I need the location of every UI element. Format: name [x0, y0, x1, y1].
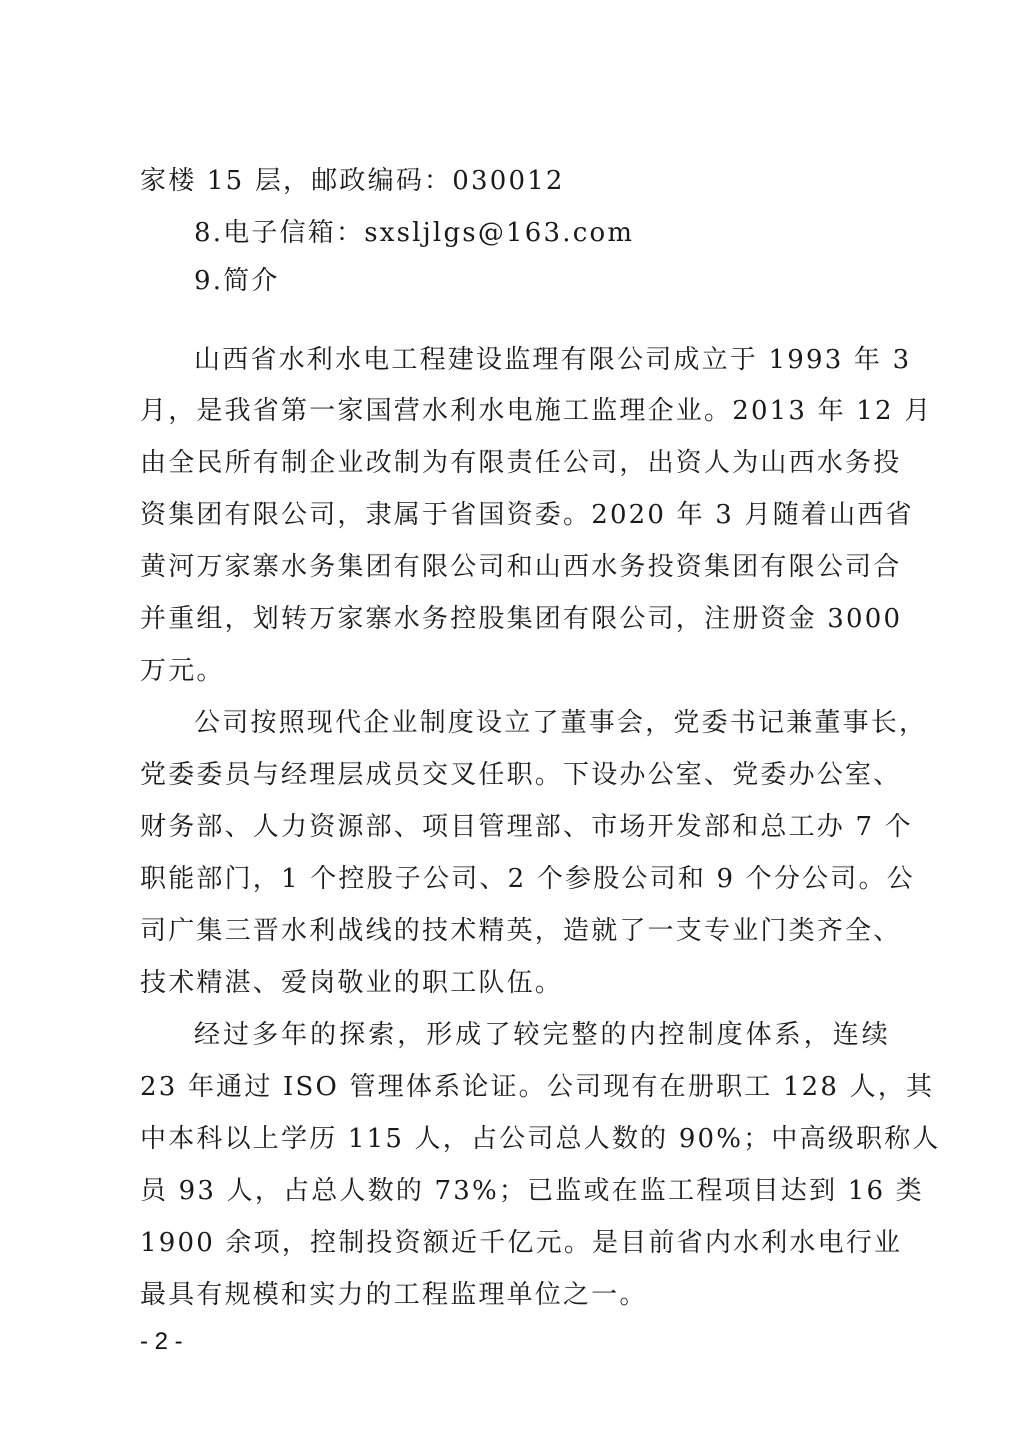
- paragraph-3-line: 23 年通过 ISO 管理体系论证。公司现有在册职工 128 人，其: [140, 1072, 890, 1102]
- paragraph-3-line: 中本科以上学历 115 人，占公司总人数的 90%；中高级职称人: [140, 1124, 890, 1154]
- paragraph-3-line: 员 93 人，占总人数的 73%；已监或在监工程项目达到 16 类: [140, 1176, 890, 1206]
- paragraph-1-line: 月，是我省第一家国营水利水电施工监理企业。2013 年 12 月: [140, 396, 890, 426]
- paragraph-3-line: 经过多年的探索，形成了较完整的内控制度体系，连续: [194, 1020, 890, 1050]
- paragraph-2-line: 职能部门，1 个控股子公司、2 个参股公司和 9 个分公司。公: [140, 864, 890, 894]
- paragraph-3-line: 1900 余项，控制投资额近千亿元。是目前省内水利水电行业: [140, 1228, 890, 1258]
- paragraph-2-line: 财务部、人力资源部、项目管理部、市场开发部和总工办 7 个: [140, 812, 890, 842]
- email-line: 8.电子信箱：sxsljlgs@163.com: [194, 218, 890, 248]
- paragraph-1-line: 万元。: [140, 656, 890, 686]
- address-continuation-line: 家楼 15 层，邮政编码：030012: [140, 166, 890, 196]
- paragraph-2-line: 技术精湛、爱岗敬业的职工队伍。: [140, 968, 890, 998]
- paragraph-1-line: 黄河万家寨水务集团有限公司和山西水务投资集团有限公司合: [140, 552, 890, 582]
- paragraph-3-line: 最具有规模和实力的工程监理单位之一。: [140, 1280, 890, 1310]
- paragraph-1-line: 并重组，划转万家寨水务控股集团有限公司，注册资金 3000: [140, 604, 890, 634]
- section-heading-intro: 9.简介: [194, 266, 890, 296]
- document-page: 家楼 15 层，邮政编码：030012 8.电子信箱：sxsljlgs@163.…: [0, 0, 1024, 1448]
- paragraph-2-line: 公司按照现代企业制度设立了董事会，党委书记兼董事长，: [194, 708, 890, 738]
- paragraph-2-line: 司广集三晋水利战线的技术精英，造就了一支专业门类齐全、: [140, 916, 890, 946]
- paragraph-2-line: 党委委员与经理层成员交叉任职。下设办公室、党委办公室、: [140, 760, 890, 790]
- paragraph-1-line: 山西省水利水电工程建设监理有限公司成立于 1993 年 3: [194, 345, 890, 375]
- paragraph-1-line: 由全民所有制企业改制为有限责任公司，出资人为山西水务投: [140, 448, 890, 478]
- paragraph-1-line: 资集团有限公司，隶属于省国资委。2020 年 3 月随着山西省: [140, 500, 890, 530]
- page-number: - 2 -: [140, 1328, 183, 1356]
